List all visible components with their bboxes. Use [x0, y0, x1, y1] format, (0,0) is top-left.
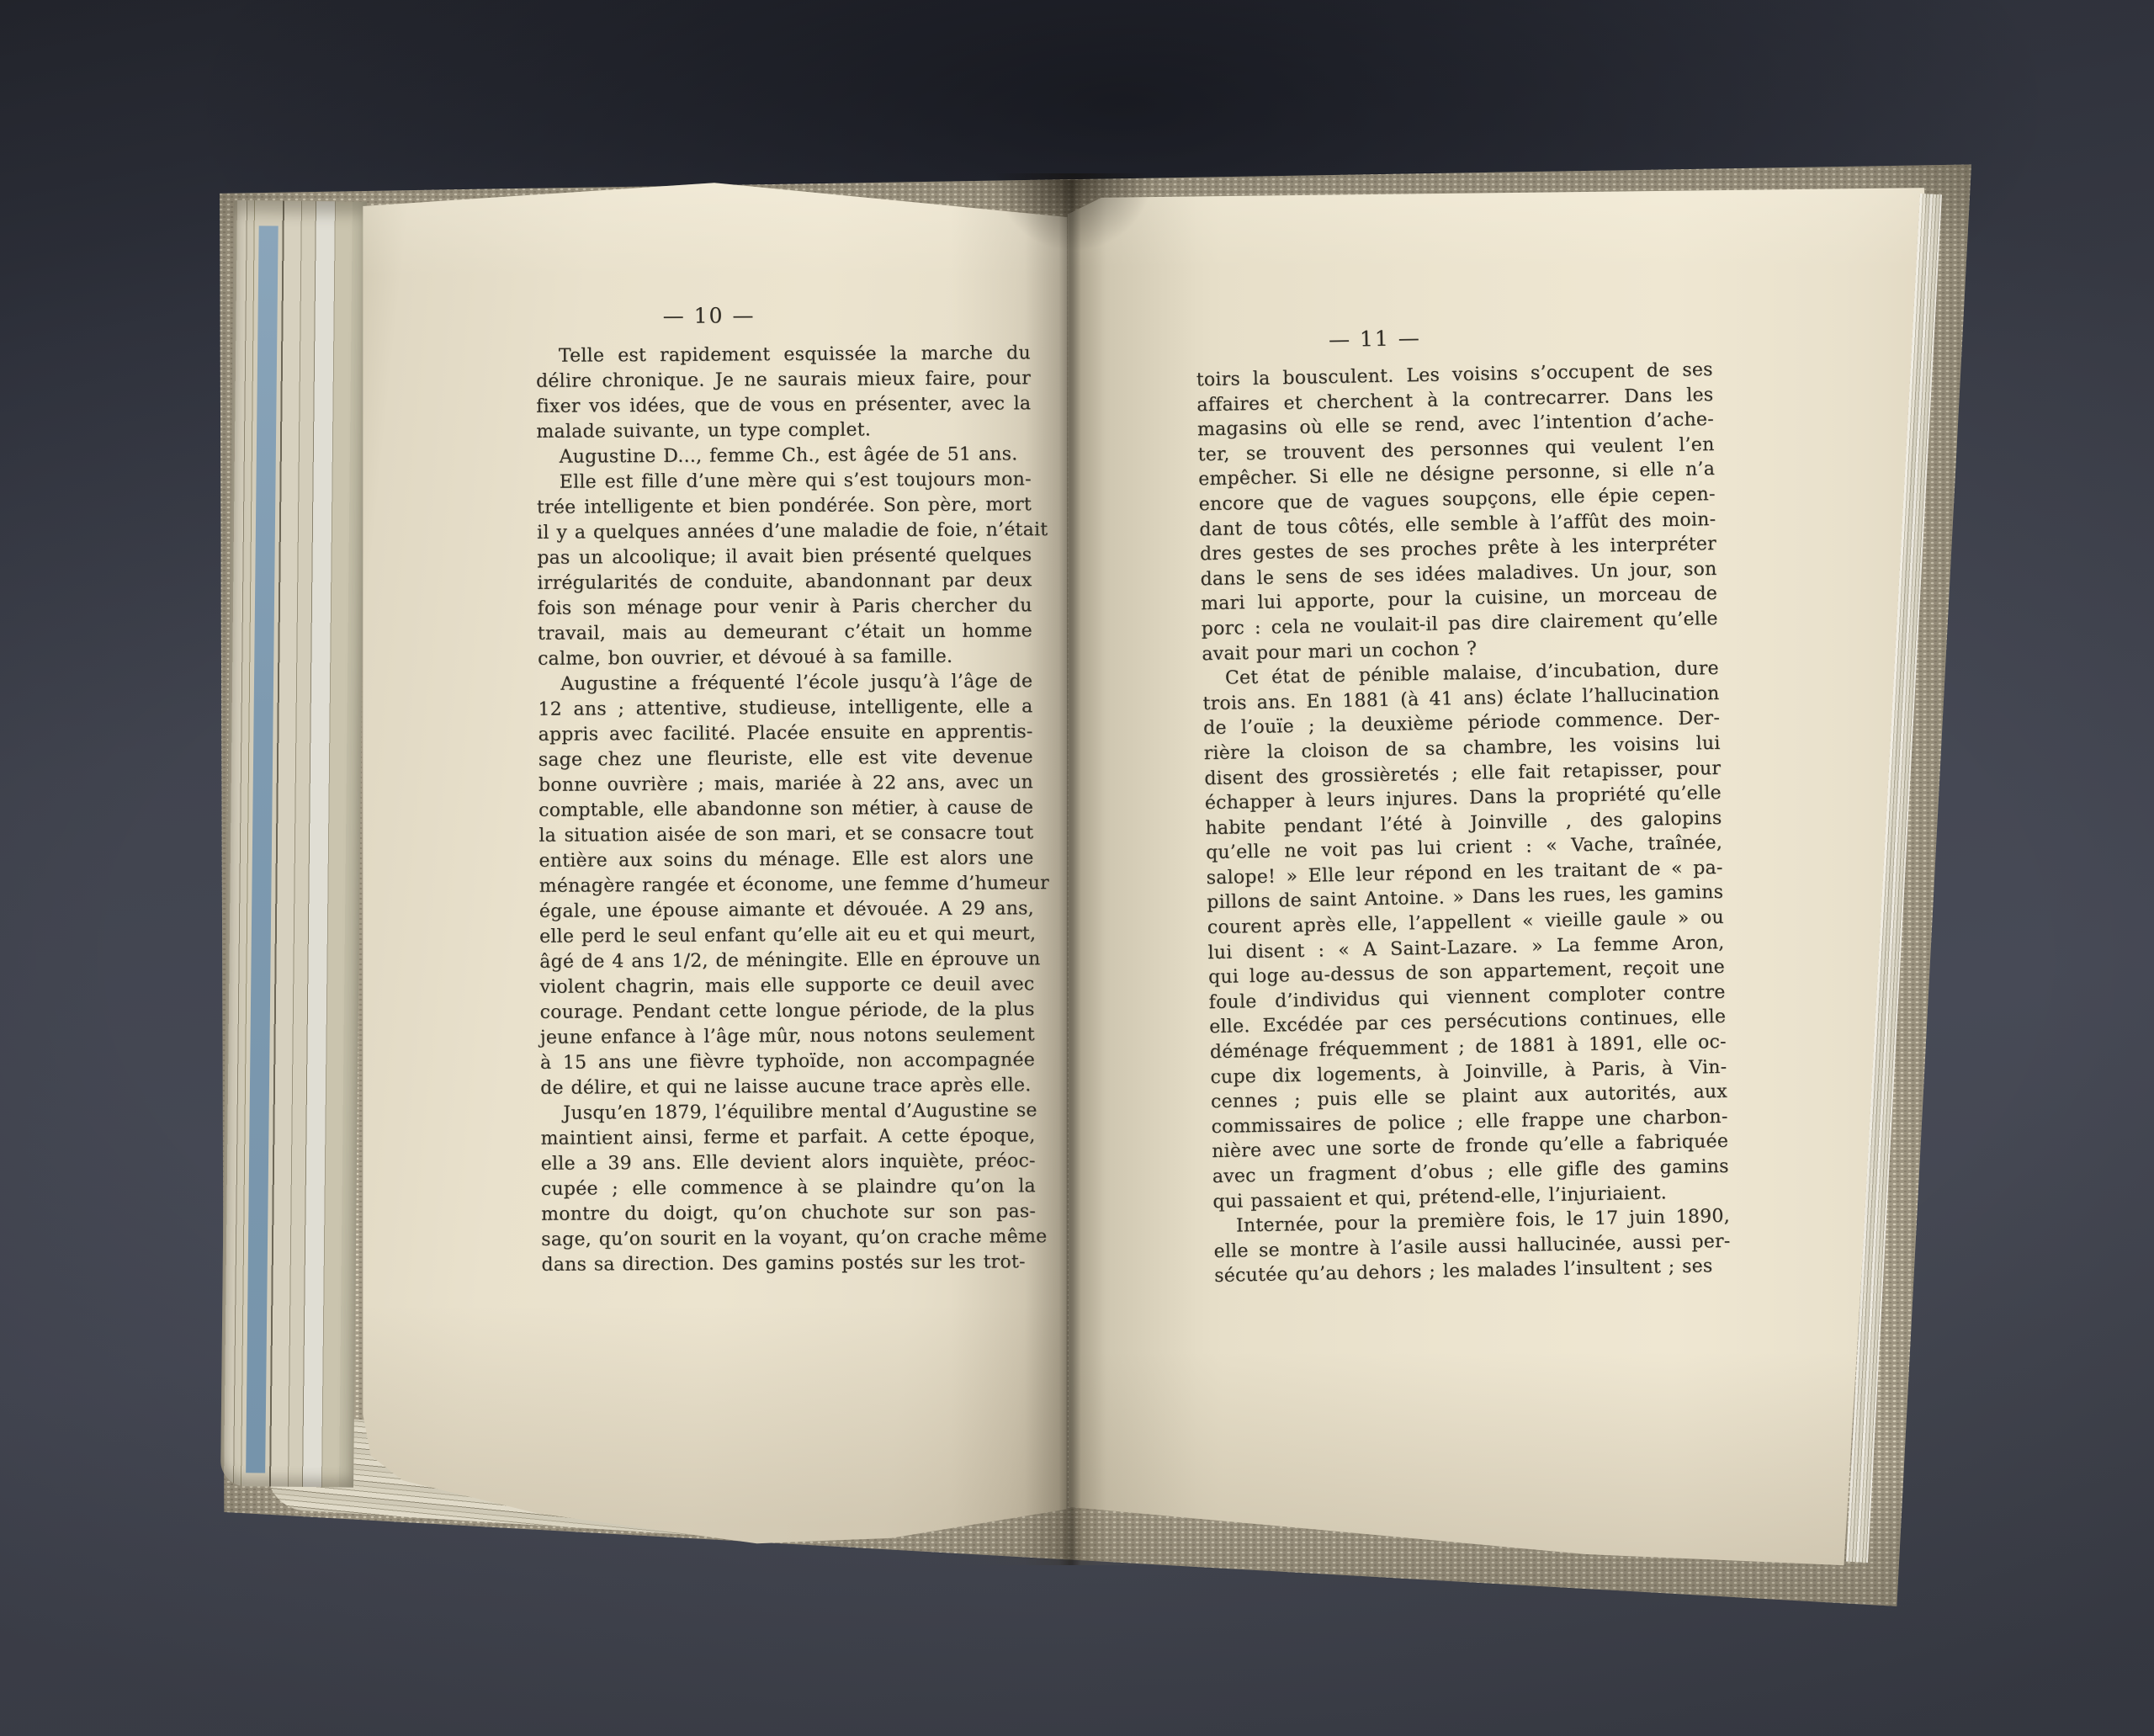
text-line: irrégularités de conduite, abandonnant p…: [537, 568, 1032, 597]
text-line: courage. Pendant cette longue période, d…: [540, 997, 1035, 1026]
text-line: malade suivante, un type complet.: [536, 417, 1031, 445]
text-line: de délire, et qui ne laisse aucune trace…: [540, 1073, 1035, 1102]
spine-top-shadow: [991, 173, 1156, 254]
text-line: il y a quelques années d’une maladie de …: [537, 518, 1032, 546]
right-page-paragraphs: toirs la bousculent. Les voisins s’occup…: [1196, 358, 1732, 1289]
text-line: elle a 39 ans. Elle devient alors inquiè…: [541, 1149, 1036, 1177]
text-line: délire chronique. Je ne saurais mieux fa…: [536, 366, 1031, 395]
text-line: la situation aisée de son mari, et se co…: [538, 820, 1033, 849]
text-line: cupée ; elle commence à se plaindre qu’o…: [541, 1174, 1036, 1202]
text-line: ménagère rangée et économe, une femme d’…: [539, 871, 1034, 900]
text-line: sage chez une fleuriste, elle est vite d…: [538, 745, 1033, 773]
text-line: calme, bon ouvrier, et dévoué à sa famil…: [538, 644, 1032, 672]
text-line: fois son ménage pour venir à Paris cherc…: [538, 593, 1032, 622]
text-line: fixer vos idées, que de vous en présente…: [536, 391, 1031, 420]
text-line: sage, qu’on sourit en la voyant, qu’on c…: [541, 1224, 1036, 1253]
text-line: violent chagrin, mais elle supporte ce d…: [539, 972, 1034, 1001]
fore-edge-blue-stripe: [246, 226, 279, 1473]
fore-edge-page-stack: [220, 200, 367, 1488]
text-line: âgé de 4 ans 1/2, de méningite. Elle en …: [539, 947, 1034, 975]
left-page-paragraphs: Telle est rapidement esquissée la marche…: [536, 341, 1037, 1278]
text-line: 12 ans ; attentive, studieuse, intellige…: [538, 694, 1032, 723]
text-line: appris avec facilité. Placée ensuite en …: [538, 719, 1033, 748]
text-line: maintient ainsi, ferme et parfait. A cet…: [540, 1123, 1035, 1152]
text-line: à 15 ans une fièvre typhoïde, non accomp…: [540, 1048, 1035, 1076]
text-line: Augustine a fréquenté l’école jusqu’à l’…: [538, 669, 1032, 698]
text-line: Telle est rapidement esquissée la marche…: [536, 341, 1031, 369]
photo-of-open-book: — 10 — Telle est rapidement esquissée la…: [0, 0, 2154, 1736]
text-line: égale, une épouse aimante et dévouée. A …: [539, 896, 1034, 925]
right-page-text: — 11 — toirs la bousculent. Les voisins …: [1196, 320, 1732, 1289]
text-line: elle perd le seul enfant qu’elle ait eu …: [539, 921, 1034, 950]
text-line: bonne ouvrière ; mais, mariée à 22 ans, …: [538, 770, 1033, 799]
text-line: travail, mais au demeurant c’était un ho…: [538, 618, 1032, 647]
text-line: montre du doigt, qu’on chuchote sur son …: [541, 1199, 1036, 1228]
left-page-number: — 10 —: [461, 302, 956, 330]
text-line: Elle est fille d’une mère qui s’est touj…: [537, 467, 1032, 496]
text-line: entière aux soins du ménage. Elle est al…: [538, 846, 1033, 874]
text-line: trée intelligente et bien pondérée. Son …: [537, 492, 1032, 521]
text-line: dans sa direction. Des gamins postés sur…: [541, 1250, 1036, 1278]
text-line: Augustine D..., femme Ch., est âgée de 5…: [536, 442, 1031, 470]
text-line: pas un alcoolique; il avait bien présent…: [537, 543, 1032, 571]
text-line: comptable, elle abandonne son métier, à …: [538, 795, 1033, 824]
left-page-text: — 10 — Telle est rapidement esquissée la…: [535, 301, 1036, 1278]
text-line: jeune enfance à l’âge mûr, nous notons s…: [540, 1022, 1035, 1051]
text-line: Jusqu’en 1879, l’équilibre mental d’Augu…: [540, 1098, 1035, 1127]
